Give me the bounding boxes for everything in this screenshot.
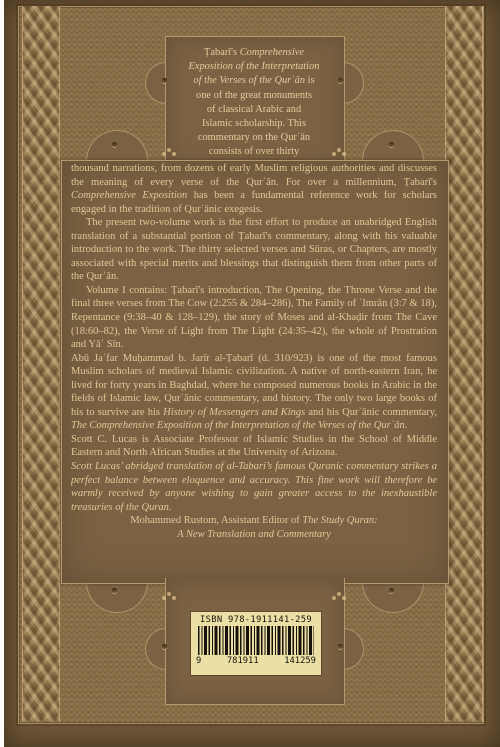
paragraph-author-bio: Abū Jaʿfar Muḥammad b. Jarīr al-Ṭabarī (… (71, 352, 437, 433)
book-back-cover-photo: Ṭabarī's ComprehensiveExposition of the … (0, 0, 500, 747)
rivet-dot (389, 142, 394, 147)
trefoil-ornament (337, 592, 341, 596)
rivet-dot (338, 644, 343, 649)
rivet-dot (112, 588, 117, 593)
braid-border-right (445, 6, 483, 722)
paragraph-endorsement-quote: Scott Lucas’ abridged translation of al-… (71, 460, 437, 514)
barcode-digit-group: 781911 (227, 656, 259, 666)
barcode-bars (198, 626, 314, 655)
isbn-text: ISBN 978-1911141-259 (191, 612, 321, 625)
paragraph-history: thousand narrations, from dozens of earl… (71, 162, 437, 216)
paragraph-translator-bio: Scott C. Lucas is Associate Professor of… (71, 433, 437, 460)
barcode-label: ISBN 978-1911141-259 9 781911 141259 (191, 612, 321, 675)
paragraph-present-work: The present two-volume work is the first… (71, 216, 437, 284)
paragraph-volume-contents: Volume I contains: Ṭabarī's introduction… (71, 284, 437, 352)
back-cover-text: thousand narrations, from dozens of earl… (71, 162, 437, 541)
barcode-digits: 9 781911 141259 (191, 656, 321, 666)
rivet-dot (162, 644, 167, 649)
intro-text: Ṭabarī's ComprehensiveExposition of the … (167, 46, 341, 160)
rivet-dot (112, 142, 117, 147)
trefoil-ornament (167, 592, 171, 596)
endorsement-attribution-line1: Mohammed Rustom, Assistant Editor of The… (71, 514, 437, 528)
leather-cover: Ṭabarī's ComprehensiveExposition of the … (4, 0, 500, 747)
barcode-digit-group: 141259 (284, 656, 316, 666)
barcode-digit-group: 9 (196, 656, 201, 666)
endorsement-attribution-line2: A New Translation and Commentary (71, 528, 437, 542)
rivet-dot (389, 588, 394, 593)
braid-border-left (22, 6, 60, 722)
